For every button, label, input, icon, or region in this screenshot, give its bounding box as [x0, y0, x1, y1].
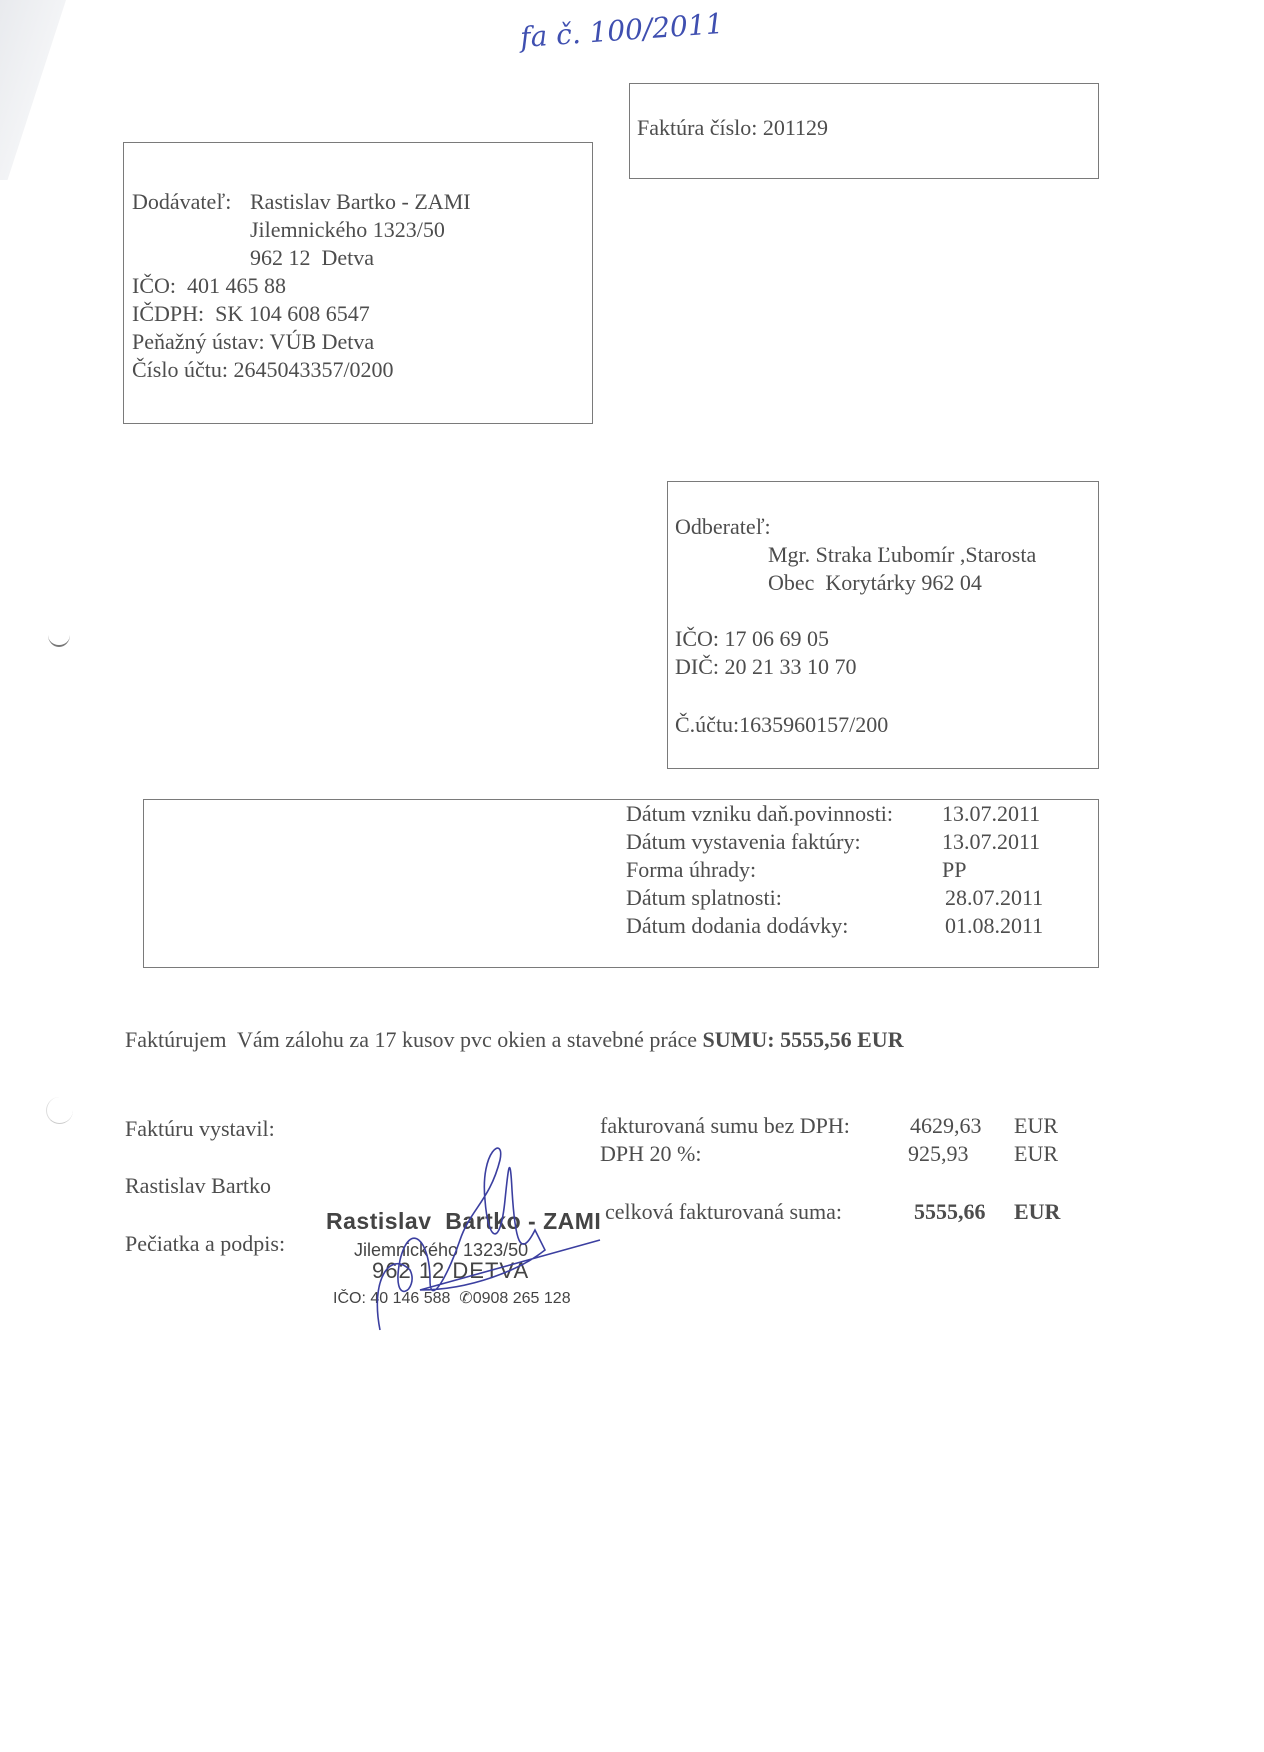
date-value: 13.07.2011: [942, 828, 1040, 856]
date-value: 28.07.2011: [945, 884, 1043, 912]
date-label: Dátum vzniku daň.povinnosti:: [626, 800, 893, 828]
signature-icon: [370, 1140, 610, 1340]
date-label: Forma úhrady:: [626, 856, 756, 884]
stamp-label: Pečiatka a podpis:: [125, 1230, 285, 1258]
date-value: 13.07.2011: [942, 800, 1040, 828]
supplier-street: Jilemnického 1323/50: [250, 216, 445, 244]
date-label: Dátum dodania dodávky:: [626, 912, 848, 940]
vat-value: 925,93: [908, 1140, 969, 1168]
vat-label: DPH 20 %:: [600, 1140, 701, 1168]
scan-edge-shadow: [0, 0, 72, 180]
customer-ico: IČO: 17 06 69 05: [675, 625, 829, 653]
punch-hole-mark: [46, 1097, 73, 1124]
date-label: Dátum splatnosti:: [626, 884, 782, 912]
net-currency: EUR: [1014, 1112, 1058, 1140]
customer-dic: DIČ: 20 21 33 10 70: [675, 653, 857, 681]
total-label: celková fakturovaná suma:: [605, 1198, 842, 1226]
description-sum: SUMU: 5555,56 EUR: [703, 1027, 904, 1052]
supplier-name: Rastislav Bartko - ZAMI: [250, 188, 471, 216]
supplier-account: Číslo účtu: 2645043357/0200: [132, 356, 394, 384]
vat-currency: EUR: [1014, 1140, 1058, 1168]
date-value: 01.08.2011: [945, 912, 1043, 940]
date-label: Dátum vystavenia faktúry:: [626, 828, 861, 856]
customer-label: Odberateľ:: [675, 513, 771, 541]
punch-hole-mark: [48, 623, 70, 647]
issuer-label: Faktúru vystavil:: [125, 1115, 275, 1143]
total-currency: EUR: [1014, 1198, 1060, 1226]
supplier-ico: IČO: 401 465 88: [132, 272, 286, 300]
net-value: 4629,63: [910, 1112, 982, 1140]
supplier-city: 962 12 Detva: [250, 244, 374, 272]
handwritten-note: fa č. 100/2011: [519, 7, 724, 54]
supplier-label: Dodávateľ:: [132, 188, 231, 216]
customer-name: Mgr. Straka Ľubomír ,Starosta: [768, 541, 1036, 569]
supplier-bank: Peňažný ústav: VÚB Detva: [132, 328, 374, 356]
total-value: 5555,66: [914, 1198, 986, 1226]
customer-account: Č.účtu:1635960157/200: [675, 711, 888, 739]
date-value: PP: [942, 856, 966, 884]
issuer-name: Rastislav Bartko: [125, 1172, 271, 1200]
customer-address: Obec Korytárky 962 04: [768, 569, 982, 597]
supplier-icdph: IČDPH: SK 104 608 6547: [132, 300, 370, 328]
invoice-description: Faktúrujem Vám zálohu za 17 kusov pvc ok…: [125, 1026, 904, 1054]
net-label: fakturovaná sumu bez DPH:: [600, 1112, 850, 1140]
invoice-number: Faktúra číslo: 201129: [637, 114, 828, 142]
